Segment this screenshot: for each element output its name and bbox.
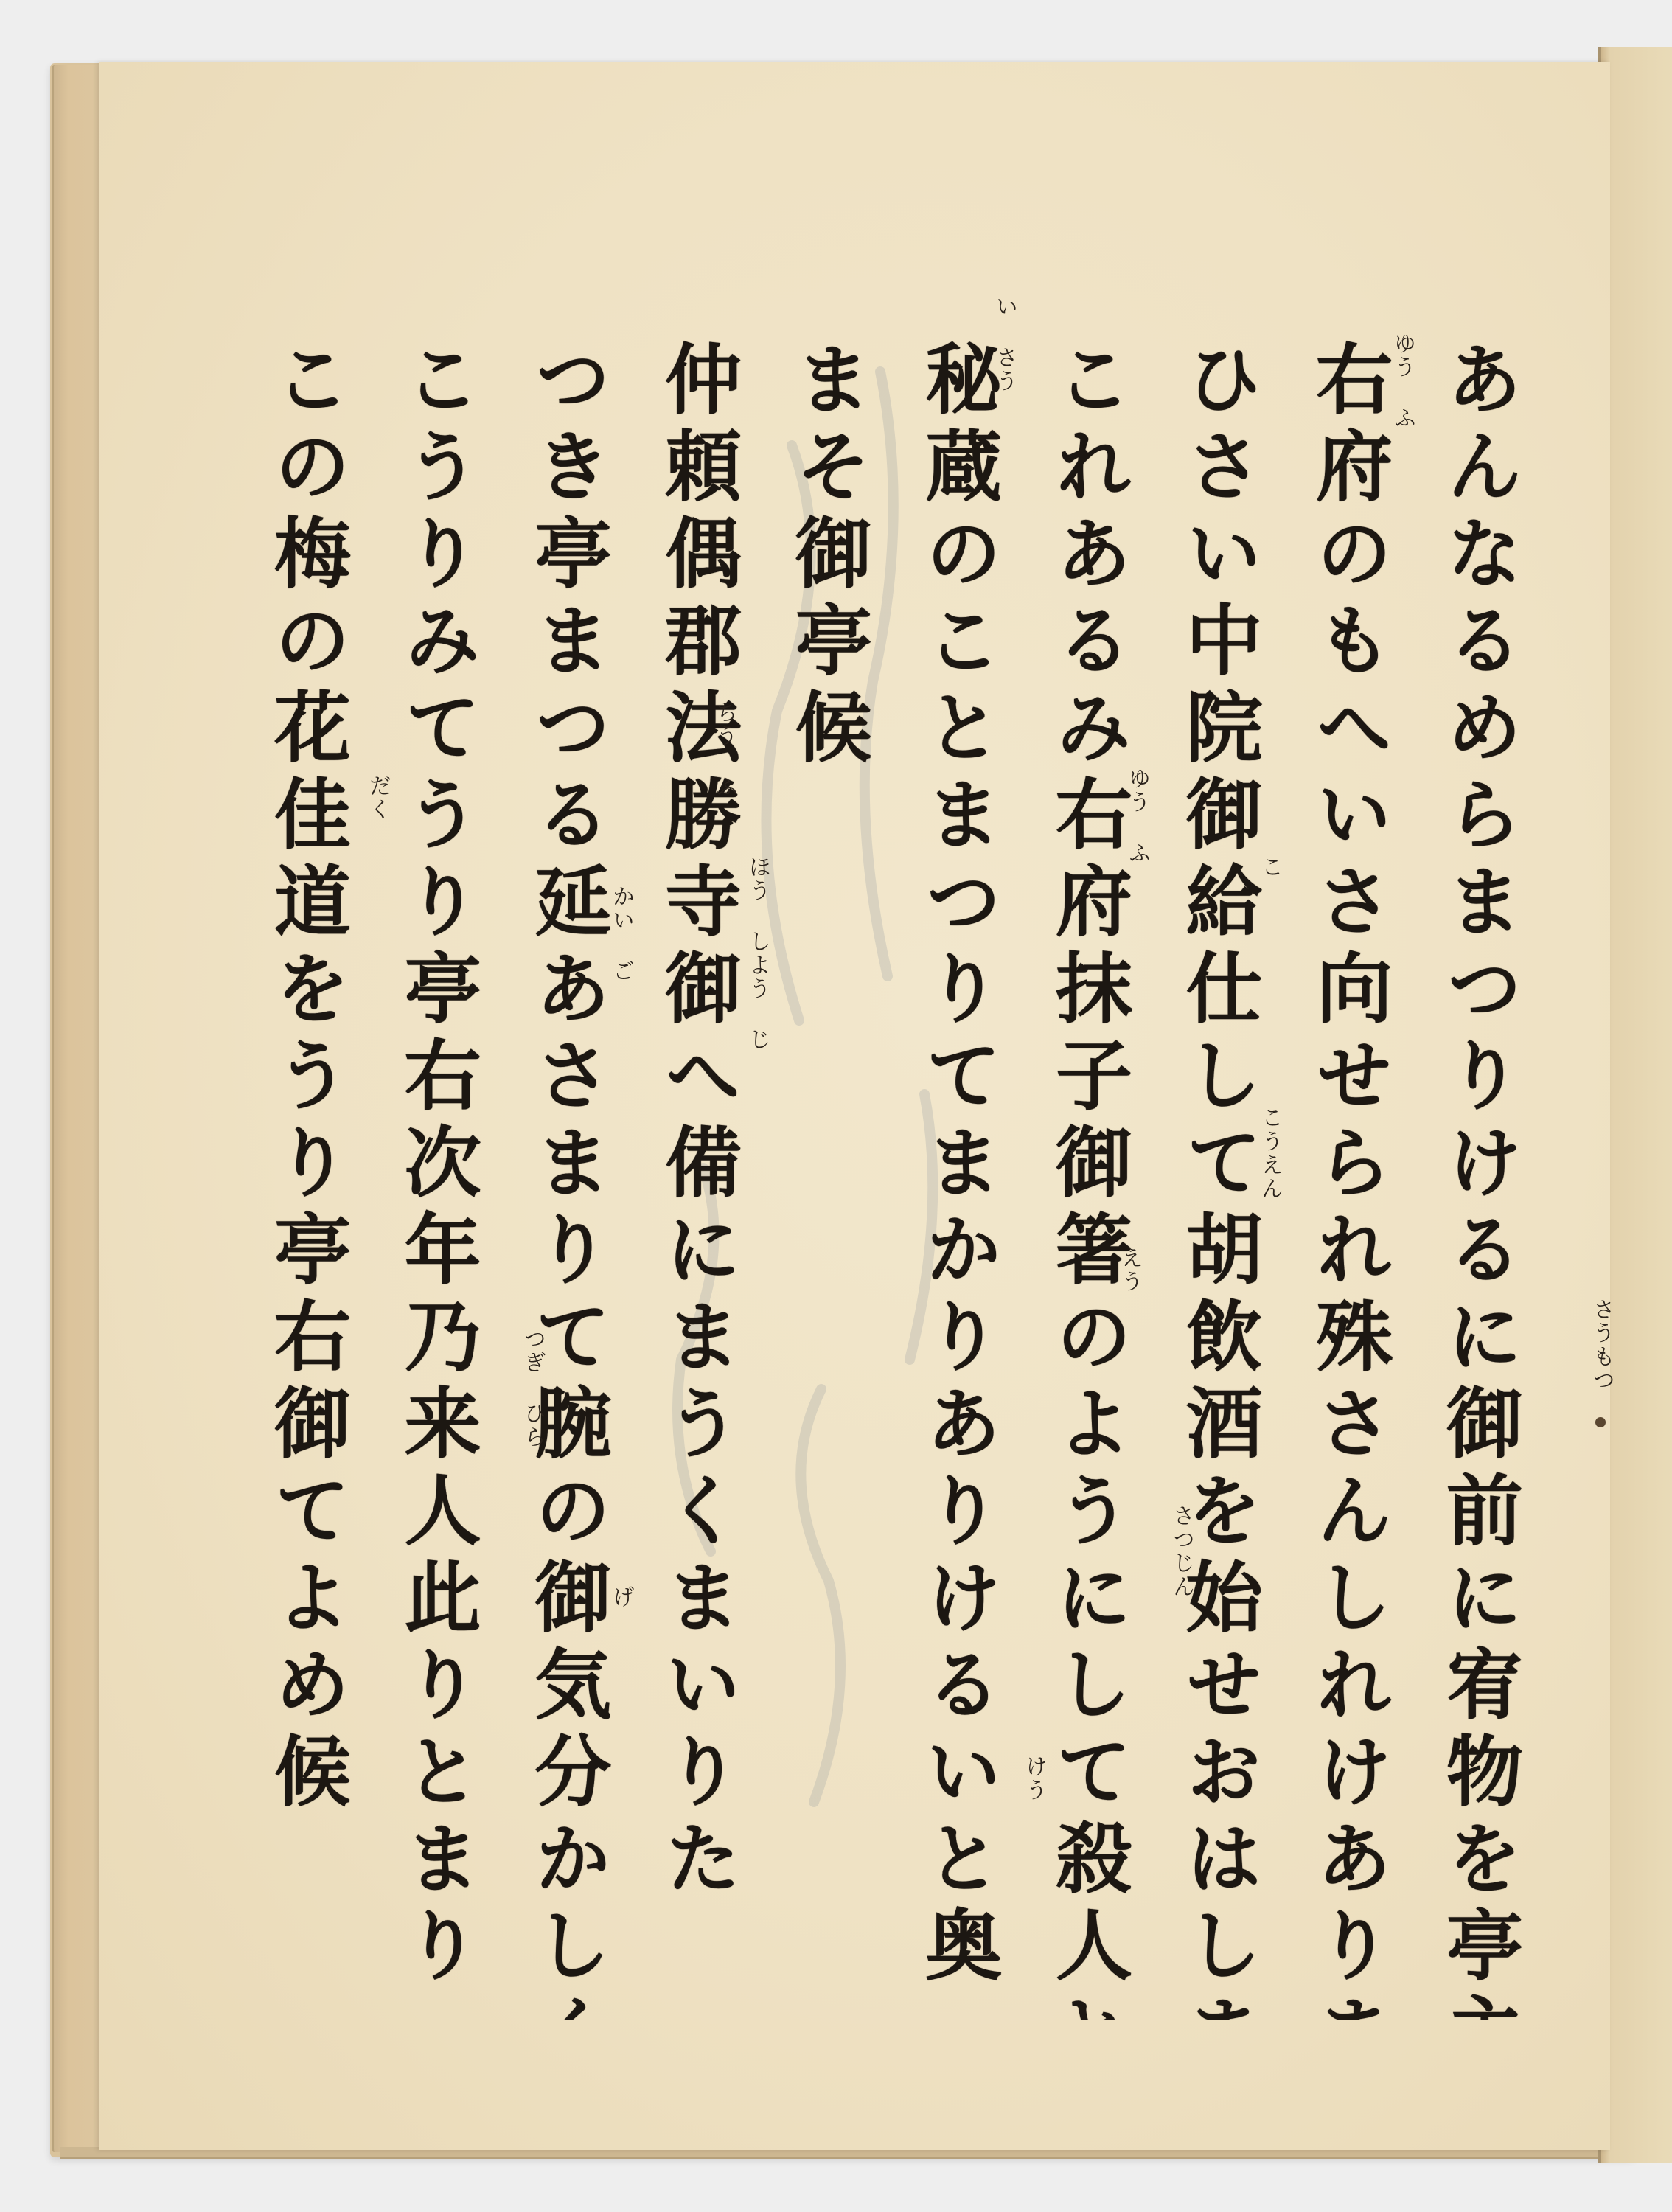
- column-7: 仲頼偶郡法勝寺御へ備にまうくまいりた: [641, 339, 752, 2020]
- column-6: まそ御亭候: [772, 339, 882, 2020]
- furigana-annotation: い さう: [988, 295, 1020, 393]
- furigana-annotation: かい ご: [605, 885, 637, 983]
- paper-spot: [1595, 1417, 1606, 1427]
- furigana-annotation: ほう しよう じ: [741, 855, 773, 1051]
- text-columns: あんなるめらまつりけるに御前に宥物を亭主 右府のもへいさ向せられ殊さんしれけあり…: [251, 339, 1533, 2020]
- furigana-annotation: つぎ ひら: [516, 1327, 548, 1449]
- column-2: 右府のもへいさ向せられ殊さんしれけありまいり: [1292, 339, 1403, 2020]
- furigana-annotation: さうもつ: [1585, 1298, 1617, 1392]
- column-8: つき亭まつる延あさまりて腕の御気分かしくて: [511, 339, 621, 2020]
- furigana-annotation: えう: [1113, 1246, 1146, 1293]
- column-5: 秘蔵のことまつりてまかりありけるいと奥: [902, 339, 1012, 2020]
- furigana-annotation: ゆう ふ: [1121, 767, 1153, 865]
- furigana-annotation: ちう ふ: [708, 700, 740, 799]
- column-9: こうりみてうり亭右次年乃来人此りとまり: [381, 339, 492, 2020]
- furigana-annotation: ゆう ふ: [1386, 332, 1418, 430]
- furigana-annotation: さつじん: [1165, 1504, 1197, 1599]
- adjacent-page-edge[interactable]: [1600, 47, 1672, 2163]
- furigana-annotation: けう: [1017, 1755, 1050, 1802]
- furigana-annotation: こうえん: [1253, 1106, 1286, 1200]
- furigana-annotation: だく: [361, 774, 394, 821]
- furigana-annotation: げ: [605, 1585, 637, 1609]
- column-10: この梅の花佳道をうり亭右御てよめ候: [251, 339, 361, 2020]
- furigana-annotation: こ: [1253, 855, 1286, 879]
- column-1: あんなるめらまつりけるに御前に宥物を亭主: [1423, 339, 1533, 2020]
